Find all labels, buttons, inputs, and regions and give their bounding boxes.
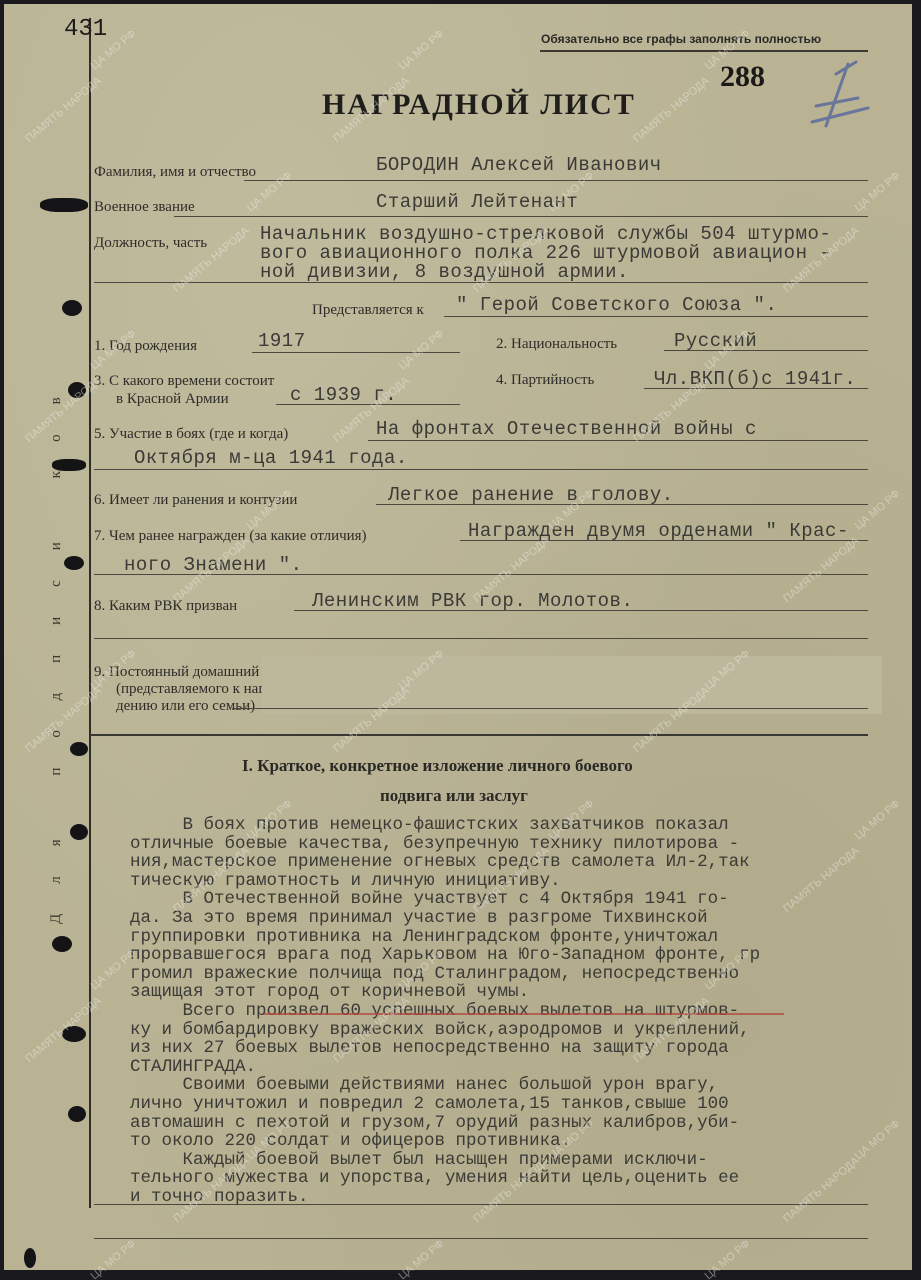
nominated-label: Представляется к bbox=[312, 302, 424, 319]
blue-pencil-mark-icon bbox=[796, 54, 876, 134]
nominated-value: " Герой Советского Союза ". bbox=[456, 294, 777, 316]
narrative-line: лично уничтожил и повредил 2 самолета,15… bbox=[130, 1095, 760, 1114]
punch-hole bbox=[70, 824, 88, 840]
watermark: ЦА МО РФ bbox=[703, 1238, 753, 1280]
wounds-line bbox=[376, 504, 868, 505]
watermark: ЦА МО РФ bbox=[89, 1238, 139, 1280]
punch-hole bbox=[62, 300, 82, 316]
watermark: ПАМЯТЬ НАРОДА bbox=[23, 75, 103, 145]
watermark: ПАМЯТЬ НАРОДА bbox=[23, 995, 103, 1065]
watermark: ЦА МО РФ bbox=[853, 170, 903, 214]
sheet-number: 431 bbox=[64, 16, 107, 43]
position-line-3: ной дивизии, 8 воздушной армии. bbox=[260, 261, 629, 283]
red-pencil-underline bbox=[264, 1013, 784, 1015]
watermark: ЦА МО РФ bbox=[853, 488, 903, 532]
margin-text-label: Для подписи ков bbox=[48, 367, 65, 924]
punch-hole bbox=[24, 1248, 36, 1268]
name-label: Фамилия, имя и отчество bbox=[94, 164, 256, 181]
narrative-line: отличные боевые качества, безупречную те… bbox=[130, 835, 760, 854]
watermark: ЦА МО РФ bbox=[853, 798, 903, 842]
watermark: ПАМЯТЬ НАРОДА bbox=[781, 1155, 861, 1225]
party-label: 4. Партийность bbox=[496, 372, 594, 389]
header-note: Обязательно все графы заполнять полность… bbox=[541, 32, 821, 46]
name-value: БОРОДИН Алексей Иванович bbox=[376, 154, 662, 176]
narrative-line: Всего произвел 60 успешных боевых вылето… bbox=[130, 1002, 760, 1021]
nationality-label: 2. Национальность bbox=[496, 336, 617, 353]
rank-line bbox=[174, 216, 868, 217]
awards-line-1: Награжден двумя орденами " Крас- bbox=[468, 520, 849, 542]
nominated-line bbox=[444, 316, 868, 317]
name-line bbox=[244, 180, 868, 181]
bottom-line bbox=[94, 1204, 868, 1205]
address-label-3: дению или его семьи) bbox=[116, 698, 255, 715]
watermark: ПАМЯТЬ НАРОДА bbox=[781, 845, 861, 915]
bottom-line bbox=[94, 1238, 868, 1239]
punch-hole bbox=[52, 936, 72, 952]
address-line bbox=[232, 708, 868, 709]
narrative-line: В боях против немецко-фашистских захватч… bbox=[130, 816, 760, 835]
punch-hole bbox=[52, 459, 86, 471]
narrative-line: громил вражеские полчища под Сталинградо… bbox=[130, 965, 760, 984]
narrative-line: В Отечественной войне участвует с 4 Октя… bbox=[130, 890, 760, 909]
battles-line bbox=[94, 469, 868, 470]
army-since-label-1: 3. С какого времени состоит bbox=[94, 373, 274, 390]
narrative-line: то около 220 солдат и офицеров противник… bbox=[130, 1132, 760, 1151]
army-since-label-2: в Красной Армии bbox=[116, 391, 229, 408]
award-sheet-page: Для подписи ков 431 Обязательно все граф… bbox=[4, 4, 912, 1270]
wounds-value: Легкое ранение в голову. bbox=[388, 484, 674, 506]
rank-value: Старший Лейтенант bbox=[376, 191, 578, 213]
section-heading-line-2: подвига или заслуг bbox=[380, 786, 528, 806]
watermark: ЦА МО РФ bbox=[397, 1238, 447, 1280]
margin-rule bbox=[89, 18, 91, 1208]
narrative-line: СТАЛИНГРАДА. bbox=[130, 1058, 760, 1077]
nationality-line bbox=[664, 350, 868, 351]
stamp-number: 288 bbox=[720, 60, 765, 94]
awards-label: 7. Чем ранее награжден (за какие отличия… bbox=[94, 528, 367, 545]
narrative-line: группировки противника на Ленинградском … bbox=[130, 928, 760, 947]
rank-label: Военное звание bbox=[94, 199, 195, 216]
battles-line bbox=[368, 440, 868, 441]
watermark: ЦА МО РФ bbox=[853, 1118, 903, 1162]
watermark: ЦА МО РФ bbox=[397, 28, 447, 72]
awards-line bbox=[460, 540, 868, 541]
rvk-label: 8. Каким РВК призван bbox=[94, 598, 237, 615]
birth-value: 1917 bbox=[258, 330, 306, 352]
battles-label: 5. Участие в боях (где и когда) bbox=[94, 426, 288, 443]
party-value: Чл.ВКП(б)с 1941г. bbox=[654, 368, 856, 390]
narrative-line: да. За это время принимал участие в разг… bbox=[130, 909, 760, 928]
watermark: ЦА МО РФ bbox=[397, 328, 447, 372]
header-underline bbox=[540, 50, 868, 52]
punch-hole bbox=[64, 556, 84, 570]
watermark: ПАМЯТЬ НАРОДА bbox=[631, 75, 711, 145]
rvk-line bbox=[294, 610, 868, 611]
punch-hole bbox=[70, 742, 88, 756]
separator-line bbox=[94, 638, 868, 639]
redacted-address-field bbox=[262, 656, 882, 714]
narrative-line: автомашин с пехотой и грузом,7 орудий ра… bbox=[130, 1114, 760, 1133]
narrative-line: Своими боевыми действиями нанес большой … bbox=[130, 1076, 760, 1095]
watermark: ПАМЯТЬ НАРОДА bbox=[781, 535, 861, 605]
punch-hole bbox=[68, 1106, 86, 1122]
section-divider bbox=[90, 734, 868, 736]
section-heading-line-1: I. Краткое, конкретное изложение личного… bbox=[242, 756, 633, 776]
narrative-line: защищая этот город от коричневой чумы. bbox=[130, 983, 760, 1002]
battles-line-2: Октября м-ца 1941 года. bbox=[134, 447, 408, 469]
punch-hole bbox=[40, 198, 88, 212]
margin-vertical-text: Для подписи ков bbox=[48, 364, 68, 924]
party-line bbox=[644, 388, 868, 389]
narrative-line: Каждый боевой вылет был насыщен примерам… bbox=[130, 1151, 760, 1170]
position-label: Должность, часть bbox=[94, 235, 207, 252]
battles-line-1: На фронтах Отечественной войны с bbox=[376, 418, 757, 440]
birth-line bbox=[252, 352, 460, 353]
